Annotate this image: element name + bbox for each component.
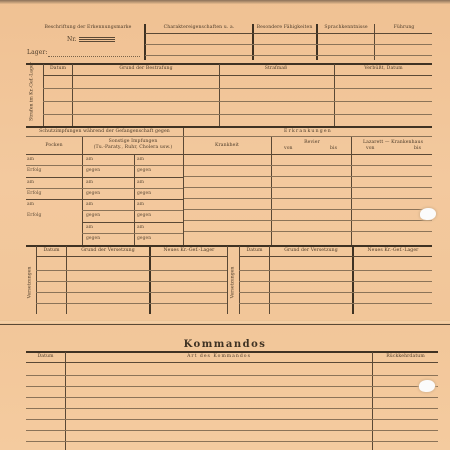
col-divider — [65, 352, 66, 450]
vaccine-am: am — [137, 157, 144, 162]
nr-line-2 — [79, 39, 115, 40]
transfers-side-label-left: Versetzungen — [28, 253, 33, 313]
col-art-kommando: Art des Kommandos — [66, 354, 372, 359]
row-line — [239, 270, 432, 271]
col-languages: Sprachkenntnisse — [317, 25, 375, 30]
vaccine-am: am — [137, 202, 144, 207]
col-datum: Datum — [44, 66, 72, 71]
col-conduct: Führung — [375, 25, 433, 30]
row-line — [26, 441, 438, 442]
row-line — [239, 292, 432, 293]
nr-label: Nr. — [67, 37, 77, 42]
row-line — [36, 256, 227, 257]
row-line — [239, 281, 432, 282]
illnesses-label: Erkrankungen — [184, 129, 432, 134]
col-revier-bis: bis — [330, 146, 337, 151]
section-border — [26, 126, 432, 128]
row-line — [26, 165, 183, 166]
col-lazarett: Lazarett — Krankenhaus — [352, 140, 434, 145]
pocken-am: am — [27, 157, 34, 162]
header-row-line — [145, 33, 432, 34]
row-line — [26, 188, 183, 189]
vaccine-gegen: gegen — [137, 191, 151, 196]
vaccine-am: am — [86, 202, 93, 207]
col-lazarett-von: von — [366, 146, 375, 151]
row-line — [239, 256, 432, 257]
col-strafmass: Strafmaß — [220, 66, 332, 71]
card-edge-line — [0, 324, 450, 325]
col-divider — [227, 246, 228, 314]
row-line — [26, 419, 438, 420]
lager-label: Lager: — [27, 50, 47, 55]
col-neues-lager: Neues Kr.-Gef.-Lager — [151, 248, 227, 253]
col-revier: Revier — [272, 140, 352, 145]
row-line — [26, 362, 438, 363]
pocken-erfolg: Erfolg — [27, 191, 41, 196]
header-row-line — [145, 44, 432, 45]
row-line — [184, 209, 432, 210]
col-datum: Datum — [26, 354, 65, 359]
row-line — [82, 233, 183, 234]
nr-line-3 — [79, 41, 115, 42]
vaccine-am: am — [137, 225, 144, 230]
header-row-line — [145, 55, 432, 56]
col-lazarett-bis: bis — [414, 146, 421, 151]
col-character: Charaktereigenschaften u. a. — [146, 25, 252, 30]
row-line — [184, 187, 432, 188]
col-abilities: Besondere Fähigkeiten — [253, 25, 316, 30]
col-divider — [219, 64, 220, 126]
table-border — [43, 64, 44, 126]
vaccine-gegen: gegen — [86, 213, 100, 218]
col-krankheit: Krankheit — [184, 143, 270, 148]
row-line — [184, 176, 432, 177]
vaccine-gegen: gegen — [86, 236, 100, 241]
vaccine-gegen: gegen — [86, 191, 100, 196]
row-line — [26, 430, 438, 431]
row-line — [26, 386, 438, 387]
nr-line-1 — [79, 37, 115, 38]
row-line — [36, 292, 227, 293]
row-line — [184, 165, 432, 166]
col-datum: Datum — [37, 248, 66, 253]
row-line — [36, 303, 227, 304]
punch-hole — [420, 208, 436, 220]
section-border — [26, 245, 432, 247]
punch-hole — [419, 380, 435, 392]
vaccine-gegen: gegen — [137, 213, 151, 218]
pow-record-card: Beschriftung der Erkennungsmarke Nr. Lag… — [0, 0, 450, 450]
row-line — [82, 222, 183, 223]
row-line — [36, 281, 227, 282]
row-line — [26, 397, 438, 398]
col-grund-versetzung: Grund der Versetzung — [270, 248, 352, 253]
vaccine-gegen: gegen — [137, 168, 151, 173]
row-line — [184, 231, 432, 232]
row-line — [184, 220, 432, 221]
col-divider — [72, 64, 73, 126]
col-verbuesst: Verbüßt, Datum — [335, 66, 432, 71]
col-neues-lager: Neues Kr.-Gef.-Lager — [354, 248, 432, 253]
punishments-side-label: Strafen im Kr.-Gef.-Lager — [30, 62, 35, 122]
col-pocken: Pocken — [26, 143, 82, 148]
row-line — [239, 303, 432, 304]
row-line — [43, 101, 432, 102]
vaccine-am: am — [86, 157, 93, 162]
transfers-side-label-right: Versetzungen — [231, 253, 236, 313]
scan-edge — [0, 0, 450, 4]
row-line — [26, 177, 183, 178]
pocken-am: am — [27, 180, 34, 185]
row-line — [36, 270, 227, 271]
row-line — [43, 88, 432, 89]
vaccine-am: am — [137, 180, 144, 185]
col-other-vaccines: Sonstige Impfungen — [83, 139, 183, 144]
col-divider — [372, 352, 373, 450]
row-line — [26, 408, 438, 409]
col-revier-von: von — [284, 146, 293, 151]
pocken-erfolg: Erfolg — [27, 213, 41, 218]
row-line — [26, 199, 183, 200]
col-grund: Grund der Bestrafung — [73, 66, 219, 71]
col-datum: Datum — [240, 248, 269, 253]
row-line — [26, 375, 438, 376]
vaccine-am: am — [86, 180, 93, 185]
row-line — [184, 198, 432, 199]
row-line — [26, 136, 432, 137]
vaccinations-label: Schutzimpfungen während der Gefangenscha… — [26, 129, 183, 134]
col-rueckkehrdatum: Rückkehrdatum — [373, 354, 438, 359]
vaccine-gegen: gegen — [137, 236, 151, 241]
row-line — [26, 154, 432, 155]
row-line — [82, 210, 183, 211]
kommandos-title: Kommandos — [0, 339, 450, 350]
pocken-erfolg: Erfolg — [27, 168, 41, 173]
vaccine-gegen: gegen — [86, 168, 100, 173]
id-tag-label: Beschriftung der Erkennungsmarke — [38, 25, 138, 30]
col-grund-versetzung: Grund der Versetzung — [67, 248, 149, 253]
lager-field[interactable] — [48, 56, 140, 57]
section-border — [26, 351, 438, 353]
section-border — [26, 63, 432, 65]
row-line — [43, 75, 432, 76]
col-divider — [334, 64, 335, 126]
row-line — [43, 114, 432, 115]
vaccine-am: am — [86, 225, 93, 230]
col-other-vaccines-sub: (Tu.-Paraty., Ruhr, Cholera usw.) — [83, 145, 183, 150]
pocken-am: am — [27, 202, 34, 207]
